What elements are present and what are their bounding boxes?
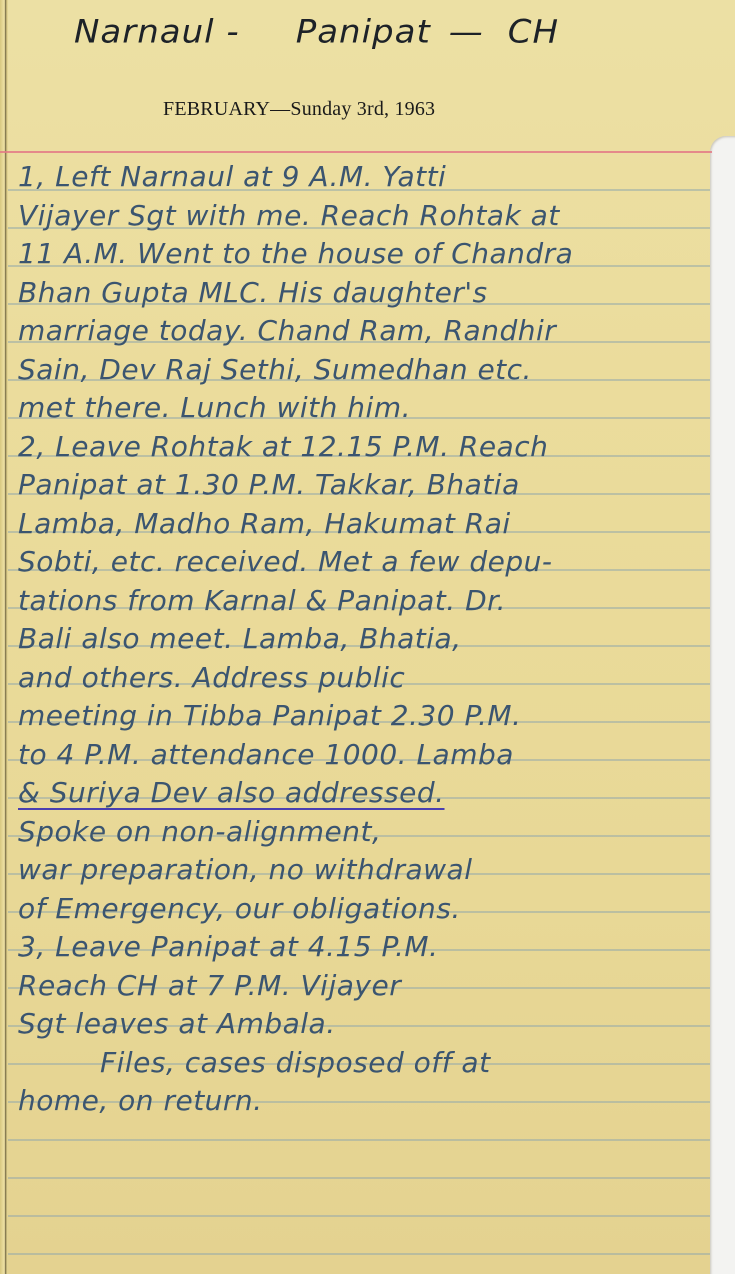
entry-line: Bhan Gupta MLC. His daughter's: [18, 274, 708, 313]
entry-line: Lamba, Madho Ram, Hakumat Rai: [18, 505, 708, 544]
entry-line: Vijayer Sgt with me. Reach Rohtak at: [18, 197, 708, 236]
entry-line: marriage today. Chand Ram, Randhir: [18, 312, 708, 351]
route-stop: Panipat: [296, 13, 431, 51]
entry-line: Reach CH at 7 P.M. Vijayer: [18, 967, 708, 1006]
entry-line: of Emergency, our obligations.: [18, 890, 708, 929]
page-edge-notch: [710, 136, 735, 1274]
entry-line: 1, Left Narnaul at 9 A.M. Yatti: [18, 158, 708, 197]
entry-line: meeting in Tibba Panipat 2.30 P.M.: [18, 697, 708, 736]
page-header: Narnaul -Panipat—CH FEBRUARY—Sunday 3rd,…: [8, 0, 735, 150]
entry-line: war preparation, no withdrawal: [18, 851, 708, 890]
entry-line: home, on return.: [18, 1082, 708, 1121]
entry-line: Sgt leaves at Ambala.: [18, 1005, 708, 1044]
route-dash: —: [449, 13, 484, 51]
entry-line: Bali also meet. Lamba, Bhatia,: [18, 620, 708, 659]
entry-line-underlined: & Suriya Dev also addressed.: [18, 774, 708, 813]
entry-line: 11 A.M. Went to the house of Chandra: [18, 235, 708, 274]
entry-line: Files, cases disposed off at: [18, 1044, 708, 1083]
entry-line: Panipat at 1.30 P.M. Takkar, Bhatia: [18, 466, 708, 505]
route-origin: Narnaul -: [74, 13, 240, 51]
route-destination: CH: [508, 13, 559, 51]
entry-line: Spoke on non-alignment,: [18, 813, 708, 852]
printed-date: FEBRUARY—Sunday 3rd, 1963: [163, 98, 435, 121]
entry-line: tations from Karnal & Panipat. Dr.: [18, 582, 708, 621]
entry-line: met there. Lunch with him.: [18, 389, 708, 428]
entry-line: to 4 P.M. attendance 1000. Lamba: [18, 736, 708, 775]
entry-line: Sain, Dev Raj Sethi, Sumedhan etc.: [18, 351, 708, 390]
diary-entry: 1, Left Narnaul at 9 A.M. Yatti Vijayer …: [18, 158, 708, 1121]
page-binding-edge: [0, 0, 8, 1274]
entry-line: 2, Leave Rohtak at 12.15 P.M. Reach: [18, 428, 708, 467]
entry-line: Sobti, etc. received. Met a few depu-: [18, 543, 708, 582]
entry-line: 3, Leave Panipat at 4.15 P.M.: [18, 928, 708, 967]
entry-line: and others. Address public: [18, 659, 708, 698]
handwritten-route-note: Narnaul -Panipat—CH: [74, 13, 735, 51]
diary-page: Narnaul -Panipat—CH FEBRUARY—Sunday 3rd,…: [0, 0, 735, 1274]
